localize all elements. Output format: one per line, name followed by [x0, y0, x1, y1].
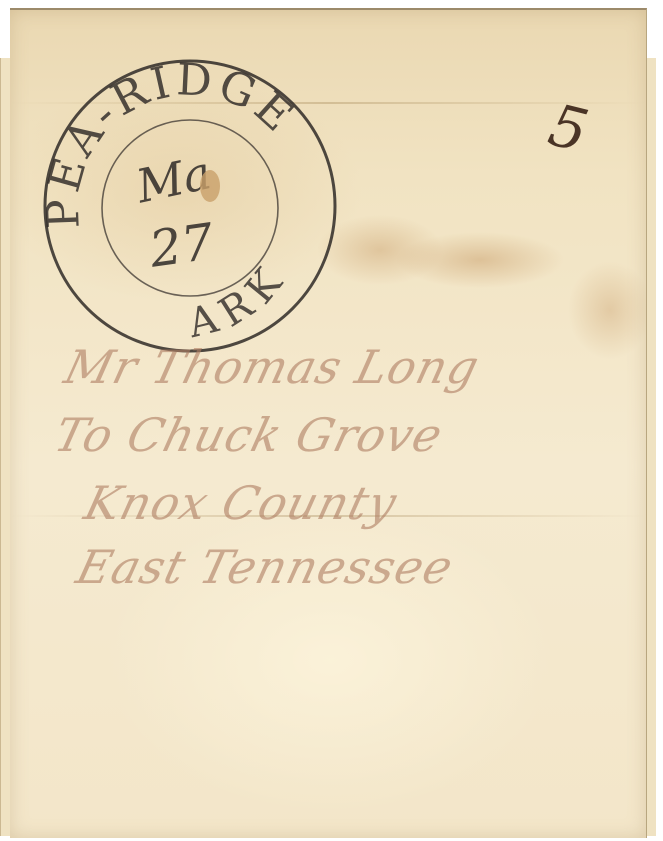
address-line-county: Knox County [79, 476, 402, 530]
address-line-town: To Chuck Grove [49, 408, 448, 462]
address-line-recipient: Mr Thomas Long [59, 340, 485, 394]
postmark-day: 27 [145, 212, 217, 278]
circular-postmark: PEA-RIDGE ARK Ma 27 [42, 58, 338, 354]
ink-burn-spot [200, 170, 220, 202]
address-line-state: East Tennessee [71, 540, 459, 594]
